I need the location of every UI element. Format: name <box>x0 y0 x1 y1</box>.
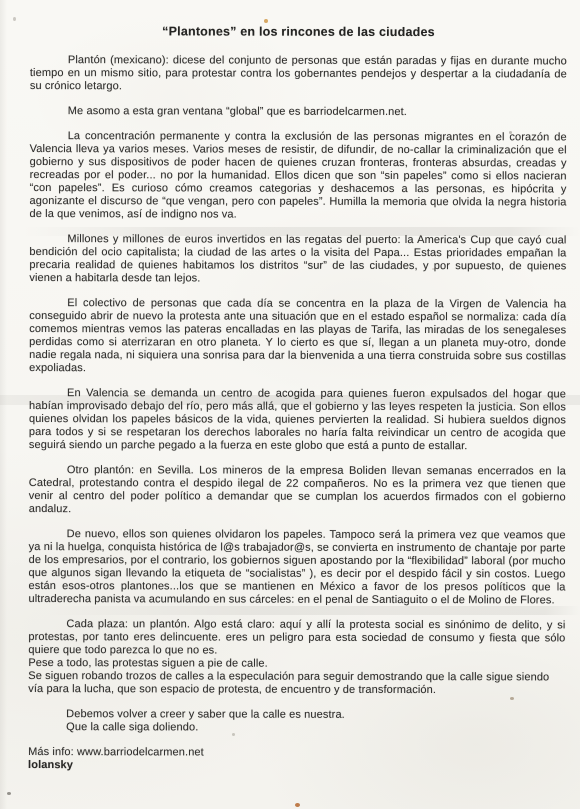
paragraph-ventana-global: Me asomo a esta gran ventana “global” qu… <box>30 105 567 119</box>
paragraph-centro-acogida: En Valencia se demanda un centro de acog… <box>29 387 566 453</box>
paragraph-definition-planton: Plantón (mexicano): dicese del conjunto … <box>30 54 567 94</box>
scan-speck <box>295 803 300 807</box>
scan-speck <box>264 19 268 23</box>
paragraph-cada-plaza: Cada plaza: un plantón. Algo está claro:… <box>28 618 565 658</box>
scanned-document-page: “Plantones” en los rincones de las ciuda… <box>0 0 580 809</box>
document-title: “Plantones” en los rincones de las ciuda… <box>30 24 567 40</box>
scan-speck <box>7 792 11 795</box>
line-robando-trozos: Se siguen robando trozos de calles a la … <box>28 670 565 697</box>
scan-speck <box>13 17 16 21</box>
signature: lolansky <box>28 759 565 773</box>
paragraph-colectivo-plaza-virgen: El colectivo de personas que cada día se… <box>29 297 566 376</box>
paragraph-concentracion-valencia: La concentración permanente y contra la … <box>29 130 566 222</box>
paragraph-planton-sevilla: Otro plantón: en Sevilla. Los mineros de… <box>29 464 566 517</box>
closing-line-calle-doliendo: Que la calle siga doliendo. <box>28 721 565 735</box>
more-info-line: Más info: www.barriodelcarmen.net <box>28 746 565 760</box>
paragraph-millones-euros: Millones y millones de euros invertidos … <box>29 233 566 286</box>
paragraph-de-nuevo-papeles: De nuevo, ellos son quienes olvidaron lo… <box>28 528 565 607</box>
scan-edge-shadow <box>0 0 7 809</box>
document-content: “Plantones” en los rincones de las ciuda… <box>28 24 567 773</box>
